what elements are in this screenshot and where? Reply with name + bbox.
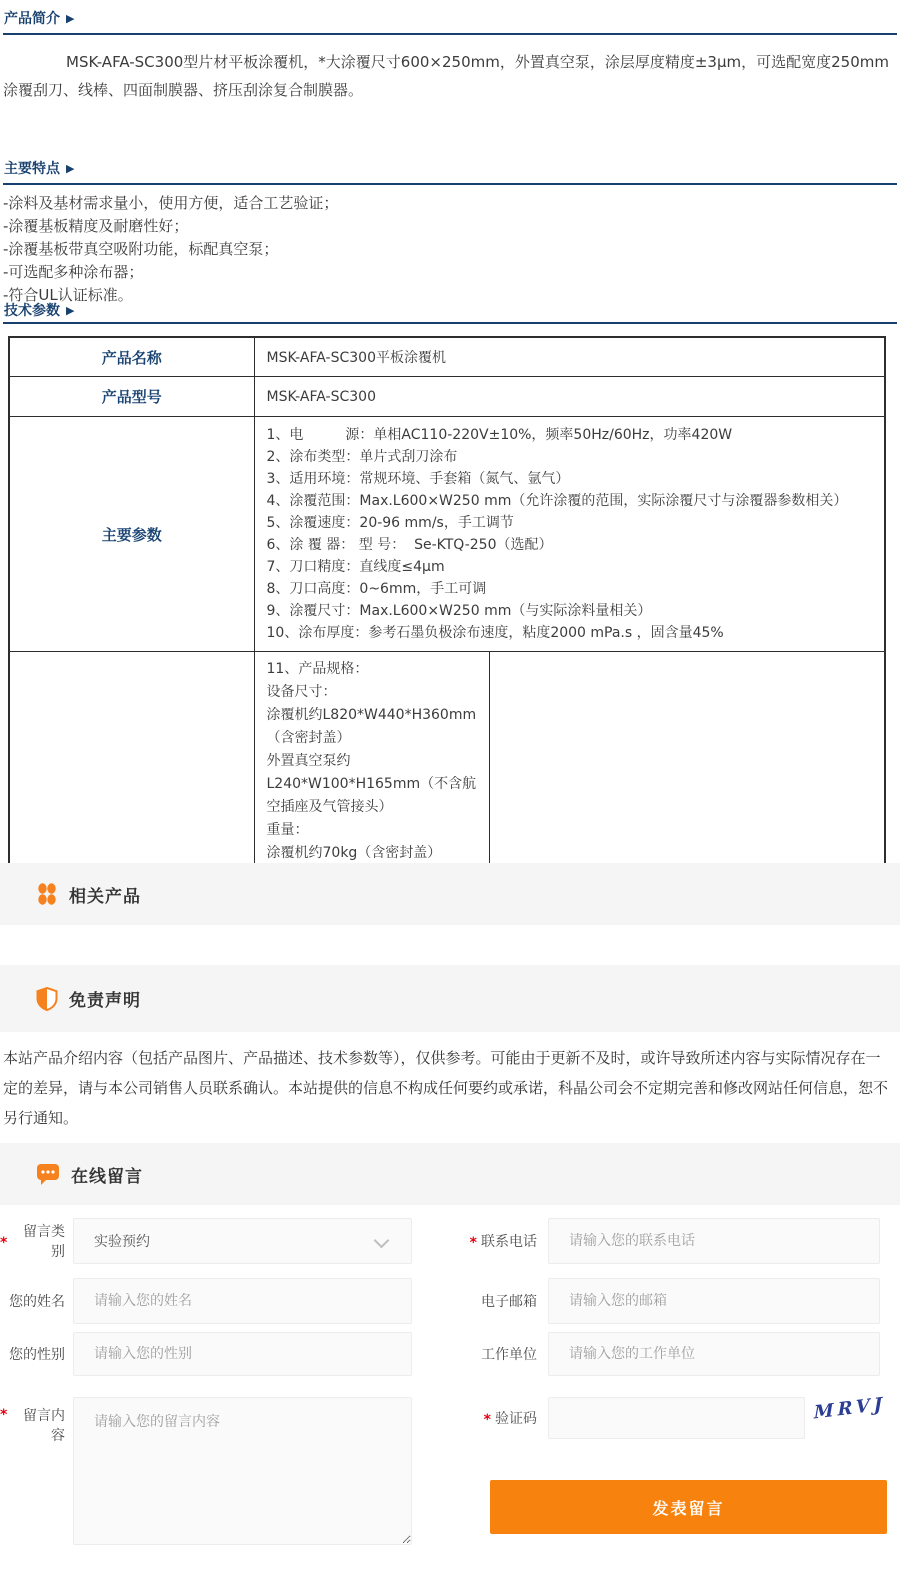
spec-line: 重量：	[267, 819, 477, 842]
shield-icon	[36, 987, 58, 1011]
spec-value-cell: MSK-AFA-SC300	[254, 377, 885, 417]
required-asterisk: *	[0, 1407, 7, 1423]
related-products-band: 相关产品	[0, 863, 900, 925]
param-line: 9、涂覆尺寸：Max.L600×W250 mm（与实际涂料量相关）	[267, 600, 873, 622]
feature-item: -涂料及基材需求量小，使用方便，适合工艺验证；	[3, 192, 893, 215]
feature-item: -涂覆基板精度及耐磨性好；	[3, 215, 893, 238]
arrow-right-icon: ▶	[66, 13, 74, 24]
param-line: 6、涂 覆 器： 型 号： Se-KTQ-250（选配）	[267, 534, 873, 556]
param-line: 7、刀口精度：直线度≤4μm	[267, 556, 873, 578]
feature-item: -可选配多种涂布器；	[3, 261, 893, 284]
chevron-down-icon	[374, 1233, 390, 1249]
required-asterisk: *	[484, 1412, 491, 1428]
param-line: 5、涂覆速度：20-96 mm/s，手工调节	[267, 512, 873, 534]
clover-icon	[36, 883, 58, 905]
arrow-right-icon: ▶	[66, 305, 74, 316]
category-label: * 留言类别	[0, 1218, 65, 1264]
param-line: 1、电 源：单相AC110-220V±10%，频率50Hz/60Hz，功率420…	[267, 424, 873, 446]
spec-label-cell: 产品名称	[9, 337, 254, 377]
disclaimer-band: 免责声明	[0, 965, 900, 1032]
spec-value-cell: MSK-AFA-SC300平板涂覆机	[254, 337, 885, 377]
param-line: 4、涂覆范围：Max.L600×W250 mm（允许涂覆的范围，实际涂覆尺寸与涂…	[267, 490, 873, 512]
email-label: 电子邮箱	[450, 1278, 537, 1324]
section-intro-title: 产品简介	[4, 8, 60, 28]
captcha-input[interactable]	[548, 1397, 805, 1439]
params-cell: 1、电 源：单相AC110-220V±10%，频率50Hz/60Hz，功率420…	[254, 417, 885, 652]
specs-table: 产品名称 MSK-AFA-SC300平板涂覆机 产品型号 MSK-AFA-SC3…	[8, 336, 886, 919]
form-row-1: * 留言类别 实验预约 * 联系电话	[0, 1218, 900, 1264]
section-features-title: 主要特点	[4, 158, 60, 178]
phone-label: * 联系电话	[450, 1218, 537, 1264]
gender-label: 您的性别	[0, 1332, 65, 1376]
required-asterisk: *	[470, 1235, 477, 1251]
required-asterisk: *	[0, 1235, 7, 1251]
phone-input[interactable]	[548, 1218, 880, 1264]
table-row: 产品名称 MSK-AFA-SC300平板涂覆机	[9, 337, 885, 377]
arrow-right-icon: ▶	[66, 163, 74, 174]
param-line: 10、涂布厚度：参考石墨负极涂布速度，粘度2000 mPa.s ，固含量45%	[267, 622, 873, 644]
spec-line: 设备尺寸：	[267, 681, 477, 704]
intro-divider	[3, 33, 897, 35]
section-features-header: 主要特点 ▶	[4, 158, 74, 178]
chat-icon	[36, 1163, 60, 1186]
company-input[interactable]	[548, 1332, 880, 1376]
content-textarea[interactable]	[73, 1397, 412, 1545]
spec-line: 涂覆机约L820*W440*H360mm（含密封盖）	[267, 704, 477, 750]
specs-divider	[3, 322, 897, 324]
submit-button[interactable]: 发表留言	[490, 1480, 887, 1534]
param-line: 2、涂布类型：单片式刮刀涂布	[267, 446, 873, 468]
section-intro-header: 产品简介 ▶	[4, 8, 74, 28]
param-line: 8、刀口高度：0~6mm，手工可调	[267, 578, 873, 600]
email-input[interactable]	[548, 1278, 880, 1324]
feature-item: -符合UL认证标准。	[3, 284, 893, 307]
feature-item: -涂覆基板带真空吸附功能，标配真空泵；	[3, 238, 893, 261]
category-select[interactable]: 实验预约	[73, 1218, 412, 1264]
captcha-image[interactable]: MRVJ	[812, 1384, 888, 1433]
name-label: 您的姓名	[0, 1278, 65, 1324]
content-label: * 留言内容	[0, 1397, 65, 1427]
form-row-4: * 留言内容 * 验证码 MRVJ 发表留言	[0, 1397, 900, 1545]
intro-paragraph: MSK-AFA-SC300型片材平板涂覆机，*大涂覆尺寸600×250mm，外置…	[3, 48, 893, 104]
spec-label-cell: 产品型号	[9, 377, 254, 417]
features-divider	[3, 183, 897, 185]
table-row: 主要参数 1、电 源：单相AC110-220V±10%，频率50Hz/60Hz，…	[9, 417, 885, 652]
message-band: 在线留言	[0, 1143, 900, 1205]
disclaimer-text: 本站产品介绍内容（包括产品图片、产品描述、技术参数等），仅供参考。可能由于更新不…	[3, 1043, 895, 1133]
spec-line: 外置真空泵约L240*W100*H165mm（不含航空插座及气管接头）	[267, 750, 477, 819]
section-specs-title: 技术参数	[4, 300, 60, 320]
captcha-label: * 验证码	[450, 1397, 537, 1439]
disclaimer-title: 免责声明	[69, 986, 141, 1011]
name-input[interactable]	[73, 1278, 412, 1324]
param-line: 3、适用环境：常规环境、手套箱（氮气、氩气）	[267, 468, 873, 490]
related-products-title: 相关产品	[69, 882, 141, 907]
company-label: 工作单位	[450, 1332, 537, 1376]
spec-label-cell: 主要参数	[9, 417, 254, 652]
spec-line: 11、产品规格：	[267, 658, 477, 681]
selected-category: 实验预约	[94, 1231, 150, 1251]
form-row-3: 您的性别 工作单位	[0, 1332, 900, 1376]
form-row-2: 您的姓名 电子邮箱	[0, 1278, 900, 1324]
section-specs-header: 技术参数 ▶	[4, 300, 74, 320]
gender-input[interactable]	[73, 1332, 412, 1376]
table-row: 产品型号 MSK-AFA-SC300	[9, 377, 885, 417]
spec-line: 涂覆机约70kg（含密封盖）	[267, 842, 477, 865]
message-title: 在线留言	[71, 1162, 143, 1187]
specs-table-wrap: 产品名称 MSK-AFA-SC300平板涂覆机 产品型号 MSK-AFA-SC3…	[8, 336, 886, 919]
